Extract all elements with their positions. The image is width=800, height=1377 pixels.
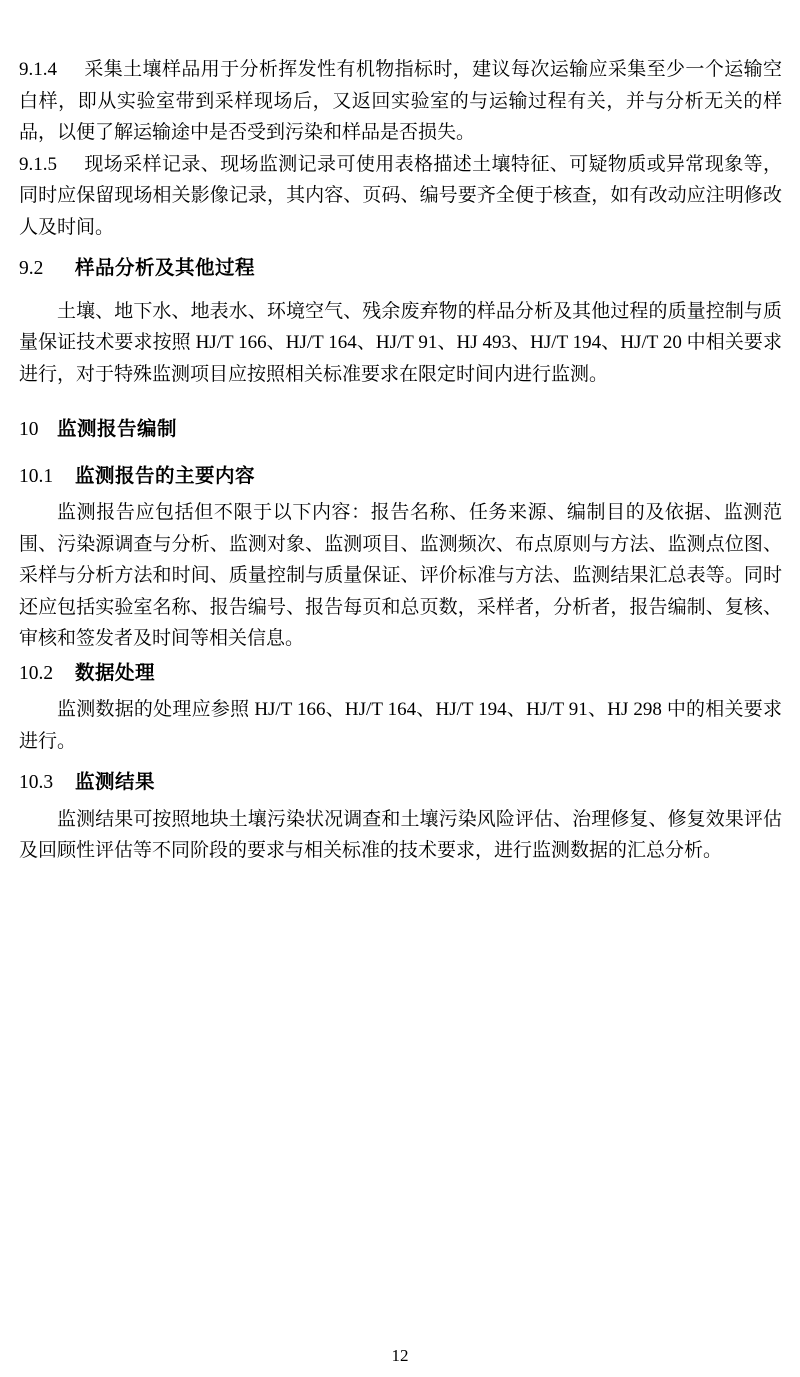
paragraph-9-2: 土壤、地下水、地表水、环境空气、残余废弃物的样品分析及其他过程的质量控制与质量保… <box>19 296 782 391</box>
section-title: 样品分析及其他过程 <box>75 257 255 279</box>
chapter-heading-10: 10监测报告编制 <box>19 414 782 447</box>
section-heading-10-3: 10.3监测结果 <box>19 767 782 800</box>
clause-number: 9.1.5 <box>19 149 84 181</box>
paragraph-10-2: 监测数据的处理应参照 HJ/T 166、HJ/T 164、HJ/T 194、HJ… <box>19 694 782 757</box>
chapter-number: 10 <box>19 414 57 446</box>
clause-text: 现场采样记录、现场监测记录可使用表格描述土壤特征、可疑物质或异常现象等，同时应保… <box>19 154 782 238</box>
section-number: 9.2 <box>19 253 75 285</box>
page-number: 12 <box>0 1346 800 1366</box>
section-heading-9-2: 9.2样品分析及其他过程 <box>19 253 782 286</box>
clause-number: 9.1.4 <box>19 54 84 86</box>
section-title: 监测报告的主要内容 <box>75 465 255 487</box>
section-number: 10.1 <box>19 461 75 493</box>
section-heading-10-2: 10.2数据处理 <box>19 658 782 691</box>
document-page: 9.1.4采集土壤样品用于分析挥发性有机物指标时，建议每次运输应采集至少一个运输… <box>0 0 800 1377</box>
section-heading-10-1: 10.1监测报告的主要内容 <box>19 461 782 494</box>
paragraph-10-1: 监测报告应包括但不限于以下内容：报告名称、任务来源、编制目的及依据、监测范围、污… <box>19 497 782 655</box>
section-number: 10.2 <box>19 658 75 690</box>
section-title: 监测结果 <box>75 771 155 793</box>
chapter-title: 监测报告编制 <box>57 418 177 440</box>
section-title: 数据处理 <box>75 662 155 684</box>
paragraph-10-3: 监测结果可按照地块土壤污染状况调查和土壤污染风险评估、治理修复、修复效果评估及回… <box>19 804 782 867</box>
clause-9-1-4: 9.1.4采集土壤样品用于分析挥发性有机物指标时，建议每次运输应采集至少一个运输… <box>19 54 782 149</box>
clause-text: 采集土壤样品用于分析挥发性有机物指标时，建议每次运输应采集至少一个运输空白样，即… <box>19 59 782 143</box>
clause-9-1-5: 9.1.5现场采样记录、现场监测记录可使用表格描述土壤特征、可疑物质或异常现象等… <box>19 149 782 244</box>
section-number: 10.3 <box>19 767 75 799</box>
